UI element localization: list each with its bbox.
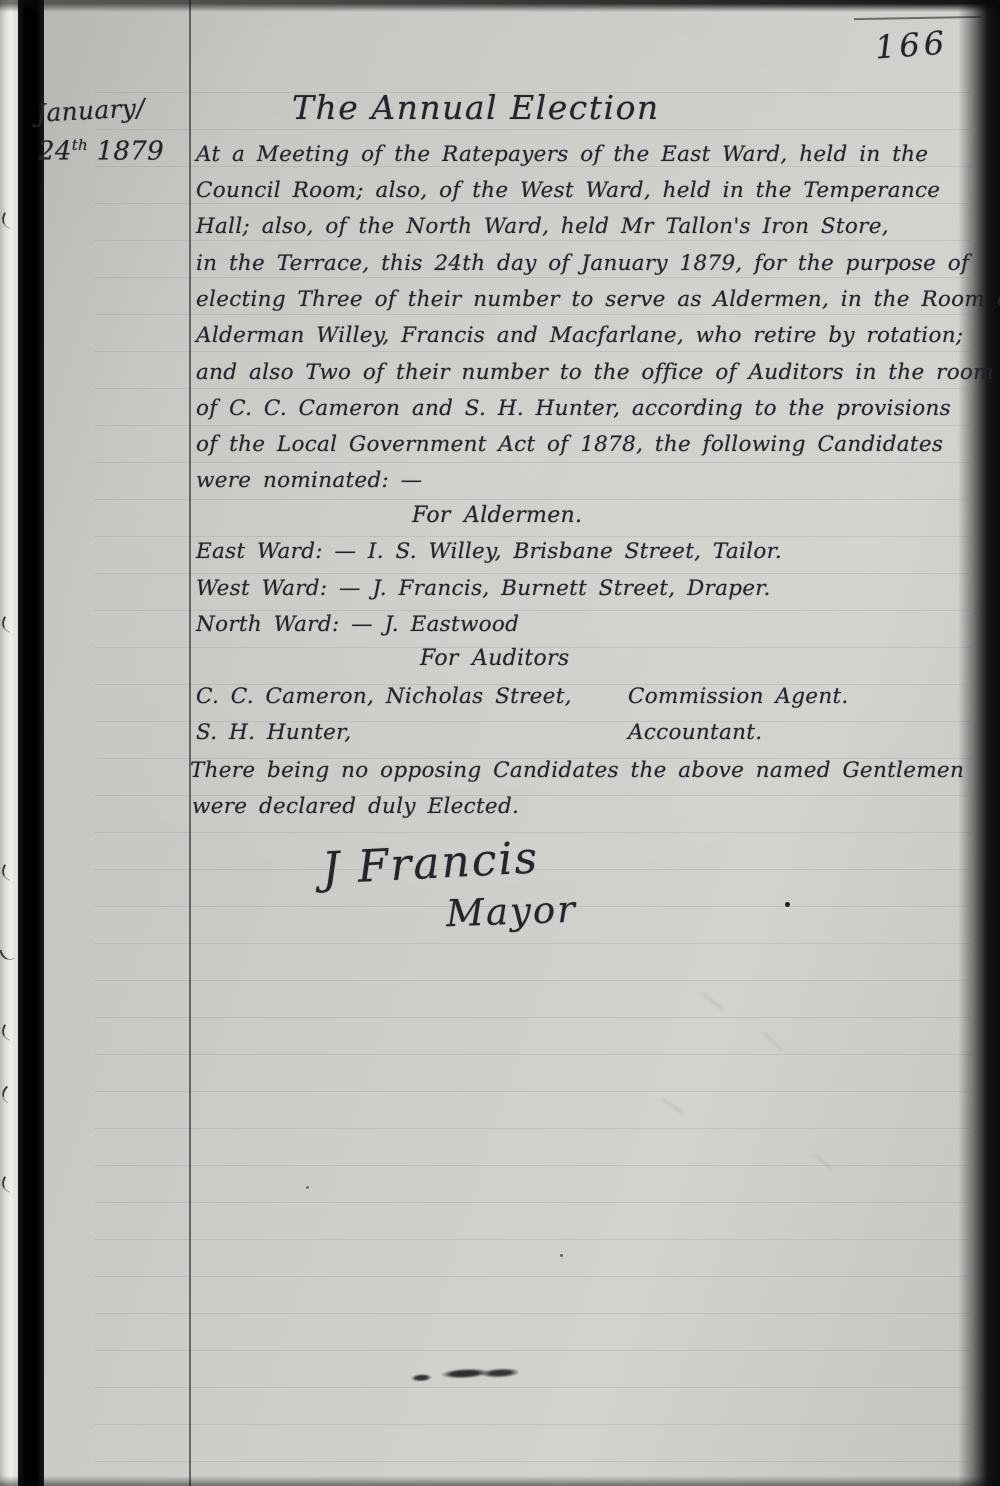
aldermen-entry: West Ward: — J. Francis, Burnett Street,… (196, 576, 978, 601)
auditor-entry: S. H. Hunter, Accountant. (196, 720, 978, 745)
entry-title: The Annual Election (292, 88, 660, 127)
edge-writing-fragment (0, 864, 15, 881)
auditor-name: S. H. Hunter, (196, 720, 352, 745)
body-line: of the Local Government Act of 1878, the… (196, 432, 978, 457)
ink-speck (306, 1186, 309, 1189)
closing-line: were declared duly Elected. (192, 794, 974, 819)
auditor-occupation: Commission Agent. (628, 684, 849, 709)
edge-writing-fragment (0, 946, 15, 962)
body-line: Hall; also, of the North Ward, held Mr T… (196, 214, 978, 239)
page-top-edge (0, 0, 1000, 12)
body-line: Alderman Willey, Francis and Macfarlane,… (196, 323, 978, 348)
auditor-occupation: Accountant. (628, 720, 762, 745)
page-number: 166 (874, 23, 950, 66)
page-bottom-edge (0, 1476, 1000, 1486)
margin-date-day-suffix: th (72, 136, 88, 154)
facing-page-edge (0, 0, 18, 1486)
edge-writing-fragment (0, 1086, 16, 1104)
aldermen-entry: East Ward: — I. S. Willey, Brisbane Stre… (196, 539, 978, 564)
body-line: electing Three of their number to serve … (196, 287, 978, 312)
body-line: Council Room; also, of the West Ward, he… (196, 178, 978, 203)
aldermen-heading: For Aldermen. (412, 503, 582, 528)
edge-writing-fragment (0, 616, 15, 633)
closing-line: There being no opposing Candidates the a… (190, 758, 972, 783)
ink-speck (560, 1254, 563, 1257)
body-line: and also Two of their number to the offi… (196, 360, 978, 385)
margin-rule-line (189, 0, 191, 1486)
edge-writing-fragment (0, 1176, 15, 1193)
book-gutter (18, 0, 44, 1486)
body-line: of C. C. Cameron and S. H. Hunter, accor… (196, 396, 978, 421)
margin-date-month: January/ (35, 93, 145, 128)
body-line: in the Terrace, this 24th day of January… (196, 251, 978, 276)
ink-speck (785, 902, 790, 907)
body-line: were nominated: — (196, 468, 978, 493)
margin-date-year: 1879 (97, 137, 164, 167)
margin-date-day-year: 24th 1879 (38, 136, 164, 167)
body-line: At a Meeting of the Ratepayers of the Ea… (196, 142, 978, 167)
edge-writing-fragment (0, 1024, 15, 1041)
edge-writing-fragment (0, 212, 15, 229)
mayor-signature-title: Mayor (445, 888, 577, 936)
margin-date-day: 24 (38, 137, 72, 167)
auditors-heading: For Auditors (420, 646, 570, 671)
auditor-name: C. C. Cameron, Nicholas Street, (196, 684, 572, 709)
aldermen-entry: North Ward: — J. Eastwood (196, 612, 978, 637)
auditor-entry: C. C. Cameron, Nicholas Street, Commissi… (196, 684, 978, 709)
scanned-minute-book-page: 166 January/ 24th 1879 The Annual Electi… (0, 0, 1000, 1486)
